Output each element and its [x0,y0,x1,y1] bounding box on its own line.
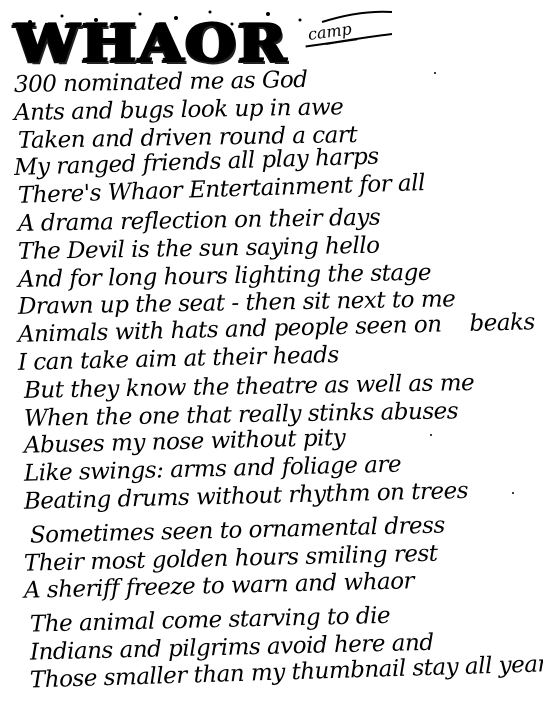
ink-speck [430,434,432,436]
title-annotation: camp [302,18,356,47]
lyrics-body: 300 nominated me as God Ants and bugs lo… [14,72,534,696]
margin-note: beaks [469,309,535,337]
ink-speck [512,492,514,494]
lyric-sheet: WHAOR camp 300 nominated me as God Ants … [0,0,543,714]
ink-speck [434,72,436,74]
title-block: WHAOR camp [14,2,356,72]
song-title: WHAOR [14,14,288,72]
